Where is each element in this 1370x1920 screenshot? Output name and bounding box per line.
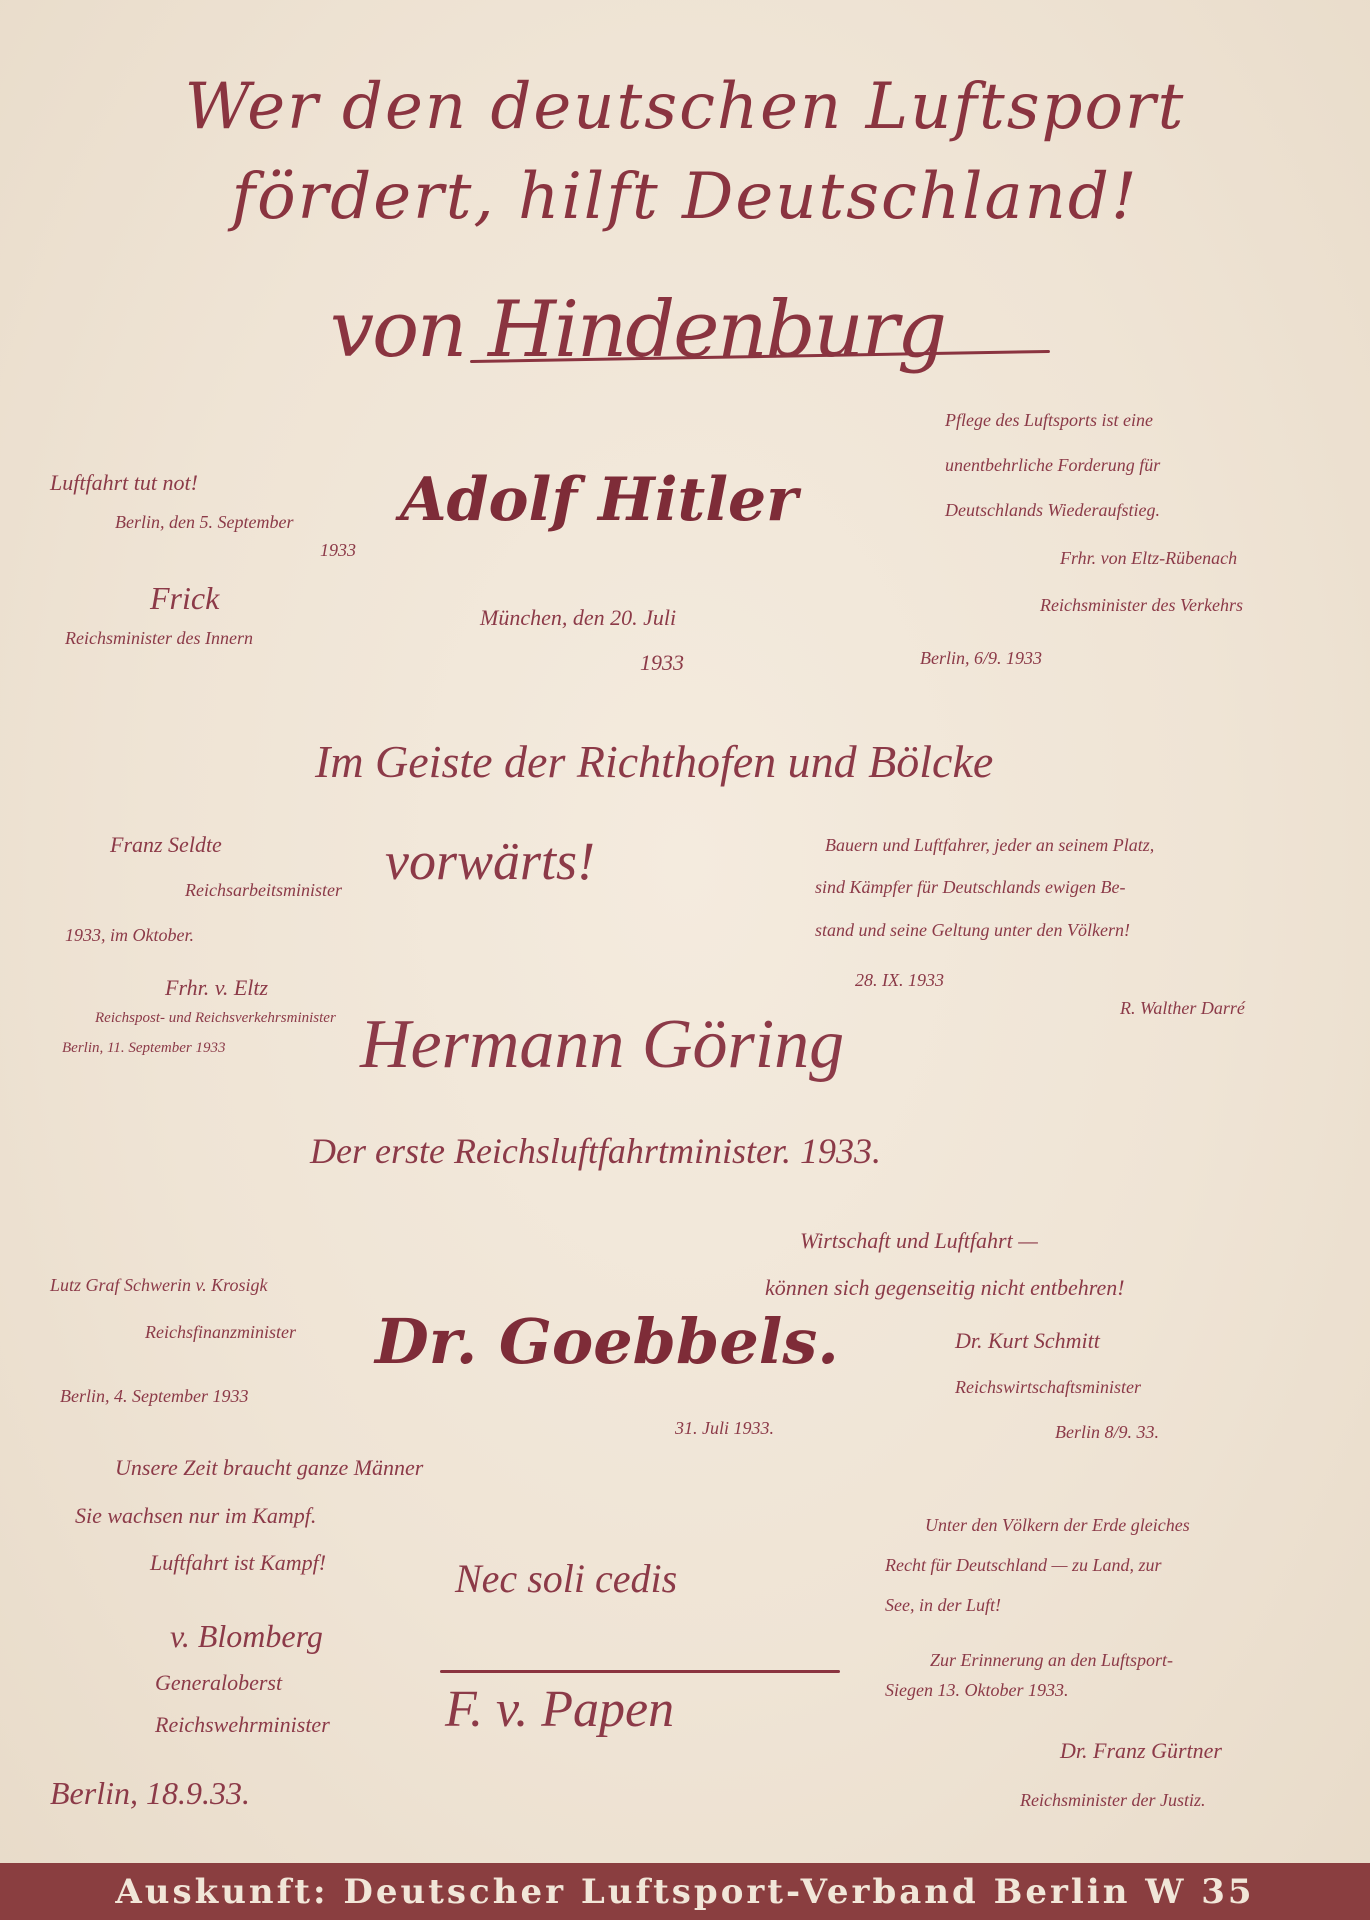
darre-line-3: stand und seine Geltung unter den Völker… [815, 920, 1130, 941]
hitler-year: 1933 [640, 650, 684, 676]
hitler-place-date: München, den 20. Juli [480, 605, 676, 631]
goebbels-date: 31. Juli 1933. [675, 1418, 774, 1439]
eltz-left-title: Reichspost- und Reichsverkehrsminister [95, 1010, 336, 1027]
frick-name: Frick [150, 580, 219, 617]
darre-name: R. Walther Darré [1120, 998, 1245, 1019]
schmitt-title: Reichswirtschaftsminister [955, 1377, 1141, 1398]
eltz-left-place-date: Berlin, 11. September 1933 [62, 1040, 225, 1057]
papen-signature: F. v. Papen [445, 1680, 674, 1739]
blomberg-line-2: Sie wachsen nur im Kampf. [75, 1503, 316, 1529]
blomberg-line-3: Luftfahrt ist Kampf! [150, 1550, 326, 1576]
guertner-line-1: Unter den Völkern der Erde gleiches [925, 1515, 1190, 1536]
blomberg-line-1: Unsere Zeit braucht ganze Männer [115, 1455, 423, 1481]
headline-line-1: Wer den deutschen Luftsport [0, 70, 1370, 144]
footer-band: Auskunft: Deutscher Luftsport-Verband Be… [0, 1863, 1370, 1920]
frick-place-date: Berlin, den 5. September [115, 512, 293, 533]
seldte-name: Franz Seldte [110, 832, 222, 858]
seldte-title: Reichsarbeitsminister [185, 880, 342, 901]
schmitt-place-date: Berlin 8/9. 33. [1055, 1422, 1159, 1443]
eltz-line-1: Pflege des Luftsports ist eine [945, 410, 1153, 431]
eltz-place-date: Berlin, 6/9. 1933 [920, 648, 1042, 669]
krosigk-title: Reichsfinanzminister [145, 1322, 296, 1343]
frick-motto: Luftfahrt tut not! [50, 470, 198, 496]
darre-line-1: Bauern und Luftfahrer, jeder an seinem P… [825, 835, 1154, 856]
richthofen-motto: Im Geiste der Richthofen und Bölcke [315, 735, 993, 788]
eltz-left-name: Frhr. v. Eltz [165, 975, 268, 1001]
guertner-note: Zur Erinnerung an den Luftsport- [930, 1650, 1173, 1671]
guertner-title: Reichsminister der Justiz. [1020, 1790, 1205, 1811]
schmitt-name: Dr. Kurt Schmitt [955, 1328, 1100, 1354]
guertner-place-date: Siegen 13. Oktober 1933. [885, 1680, 1068, 1701]
goering-title: Der erste Reichsluftfahrtminister. 1933. [310, 1130, 881, 1172]
footer-text: Auskunft: Deutscher Luftsport-Verband Be… [115, 1872, 1254, 1912]
krosigk-place-date: Berlin, 4. September 1933 [60, 1386, 248, 1407]
krosigk-name: Lutz Graf Schwerin v. Krosigk [50, 1275, 268, 1296]
signature-hindenburg: von Hindenburg [330, 285, 945, 375]
guertner-line-3: See, in der Luft! [885, 1595, 1001, 1616]
vorwarts-motto: vorwärts! [385, 830, 595, 892]
papen-motto: Nec soli cedis [455, 1555, 677, 1602]
blomberg-name: v. Blomberg [170, 1618, 323, 1655]
goebbels-signature: Dr. Goebbels. [375, 1305, 839, 1378]
eltz-line-5: Reichsminister des Verkehrs [1040, 595, 1243, 616]
frick-title: Reichsminister des Innern [65, 628, 253, 649]
darre-line-2: sind Kämpfer für Deutschlands ewigen Be- [815, 877, 1125, 898]
goering-signature: Hermann Göring [360, 1005, 844, 1085]
guertner-name: Dr. Franz Gürtner [1060, 1738, 1222, 1764]
hitler-signature: Adolf Hitler [400, 465, 798, 535]
seldte-date: 1933, im Oktober. [65, 925, 194, 946]
document-page: Wer den deutschen Luftsport fördert, hil… [0, 0, 1370, 1920]
blomberg-rank: Generaloberst [155, 1670, 282, 1696]
eltz-line-4: Frhr. von Eltz-Rübenach [1060, 548, 1237, 569]
frick-year: 1933 [320, 540, 356, 561]
schmitt-line-1: Wirtschaft und Luftfahrt — [800, 1228, 1038, 1254]
guertner-line-2: Recht für Deutschland — zu Land, zur [885, 1555, 1162, 1576]
eltz-line-3: Deutschlands Wiederaufstieg. [945, 500, 1160, 521]
eltz-line-2: unentbehrliche Forderung für [945, 455, 1160, 476]
darre-date: 28. IX. 1933 [855, 970, 944, 991]
blomberg-title: Reichswehrminister [155, 1712, 330, 1738]
papen-flourish [440, 1670, 840, 1673]
headline-line-2: fördert, hilft Deutschland! [0, 160, 1370, 234]
blomberg-place-date: Berlin, 18.9.33. [50, 1775, 250, 1812]
schmitt-line-2: können sich gegenseitig nicht entbehren! [765, 1275, 1125, 1301]
